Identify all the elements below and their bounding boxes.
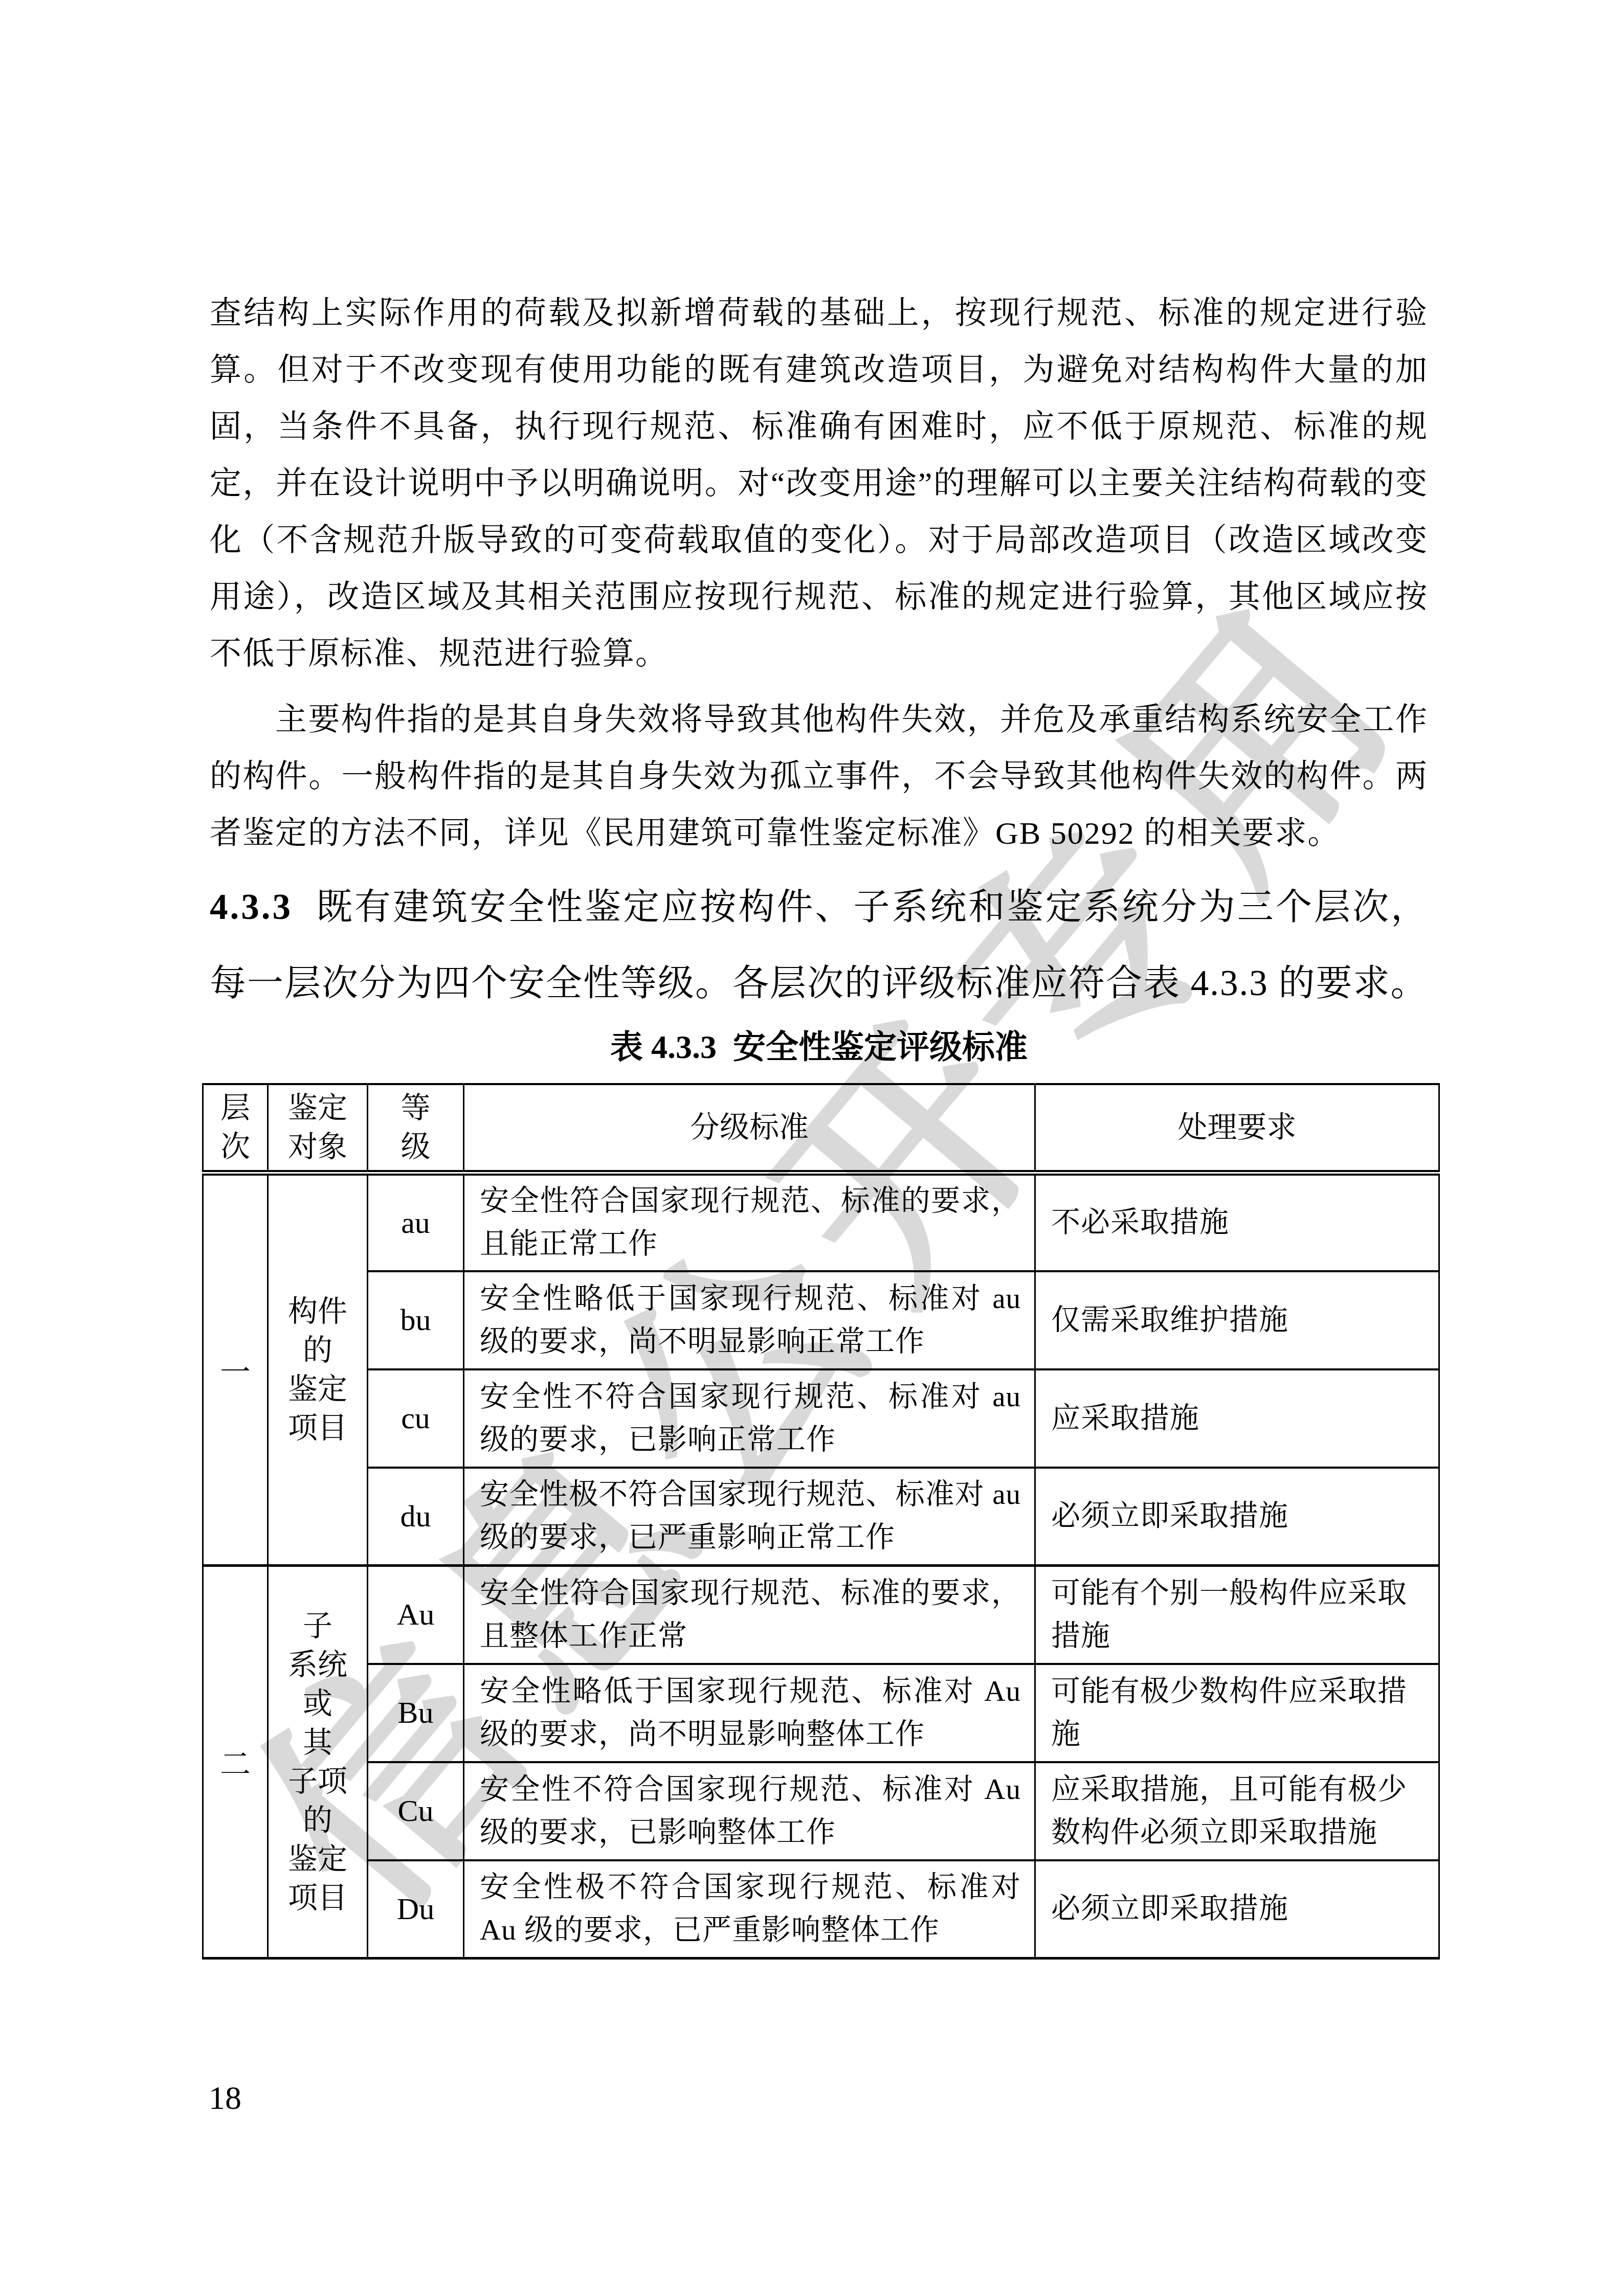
treatment-cell: 应采取措施 [1035, 1369, 1439, 1468]
grade-cell: Du [368, 1860, 464, 1959]
header-treatment: 处理要求 [1035, 1084, 1439, 1173]
grade-cell: Cu [368, 1762, 464, 1860]
treatment-cell: 仅需采取维护措施 [1035, 1271, 1439, 1369]
header-grade: 等级 [368, 1084, 464, 1173]
header-level-label: 层次 [219, 1089, 251, 1166]
table-row-cu: cu 安全性不符合国家现行规范、标准对 au 级的要求，已影响正常工作 应采取措… [203, 1369, 1439, 1468]
table-row-bu: bu 安全性略低于国家现行规范、标准对 au 级的要求，尚不明显影响正常工作 仅… [203, 1271, 1439, 1369]
table-header-row: 层次 鉴定对象 等级 分级标准 处理要求 [203, 1084, 1439, 1173]
header-object: 鉴定对象 [268, 1084, 368, 1173]
criteria-cell: 安全性符合国家现行规范、标准的要求，且整体工作正常 [464, 1566, 1035, 1664]
header-object-label: 鉴定对象 [285, 1089, 350, 1166]
clause-4-3-3: 4.3.3既有建筑安全性鉴定应按构件、子系统和鉴定系统分为三个层次，每一层次分为… [210, 869, 1428, 1022]
table-row-Du: Du 安全性极不符合国家现行规范、标准对 Au 级的要求，已严重影响整体工作 必… [203, 1860, 1439, 1959]
grade-cell: au [368, 1173, 464, 1271]
criteria-cell: 安全性略低于国家现行规范、标准对 Au 级的要求，尚不明显影响整体工作 [464, 1664, 1035, 1762]
clause-number: 4.3.3 [210, 887, 293, 927]
level-cell-1: 一 [203, 1173, 268, 1566]
safety-rating-table: 层次 鉴定对象 等级 分级标准 处理要求 一 构件 的 鉴定 项目 au 安全性… [202, 1083, 1440, 1960]
header-grade-label: 等级 [400, 1089, 432, 1166]
body-paragraph-2: 主要构件指的是其自身失效将导致其他构件失效，并危及承重结构系统安全工作的构件。一… [210, 692, 1428, 862]
body-paragraph-1: 查结构上实际作用的荷载及拟新增荷载的基础上，按现行规范、标准的规定进行验算。但对… [210, 285, 1428, 683]
criteria-cell: 安全性不符合国家现行规范、标准对 Au 级的要求，已影响整体工作 [464, 1762, 1035, 1860]
grade-cell: Bu [368, 1664, 464, 1762]
treatment-cell: 不必采取措施 [1035, 1173, 1439, 1271]
grade-cell: Au [368, 1566, 464, 1664]
table-row-Au: 二 子 系统 或 其 子项 的 鉴定 项目 Au 安全性符合国家现行规范、标准的… [203, 1566, 1439, 1664]
level-cell-2: 二 [203, 1566, 268, 1959]
grade-cell: du [368, 1468, 464, 1566]
grade-cell: cu [368, 1369, 464, 1468]
document-page: 信息公开专用 查结构上实际作用的荷载及拟新增荷载的基础上，按现行规范、标准的规定… [0, 0, 1624, 2296]
clause-text: 既有建筑安全性鉴定应按构件、子系统和鉴定系统分为三个层次，每一层次分为四个安全性… [210, 887, 1428, 1003]
criteria-cell: 安全性略低于国家现行规范、标准对 au 级的要求，尚不明显影响正常工作 [464, 1271, 1035, 1369]
criteria-cell: 安全性极不符合国家现行规范、标准对 au 级的要求，已严重影响正常工作 [464, 1468, 1035, 1566]
criteria-cell: 安全性极不符合国家现行规范、标准对 Au 级的要求，已严重影响整体工作 [464, 1860, 1035, 1959]
header-criteria: 分级标准 [464, 1084, 1035, 1173]
object-cell-1: 构件 的 鉴定 项目 [268, 1173, 368, 1566]
object-cell-2: 子 系统 或 其 子项 的 鉴定 项目 [268, 1566, 368, 1959]
criteria-cell: 安全性符合国家现行规范、标准的要求，且能正常工作 [464, 1173, 1035, 1271]
treatment-cell: 必须立即采取措施 [1035, 1468, 1439, 1566]
table-row-au: 一 构件 的 鉴定 项目 au 安全性符合国家现行规范、标准的要求，且能正常工作… [203, 1173, 1439, 1271]
treatment-cell: 应采取措施，且可能有极少数构件必须立即采取措施 [1035, 1762, 1439, 1860]
page-content: 查结构上实际作用的荷载及拟新增荷载的基础上，按现行规范、标准的规定进行验算。但对… [210, 285, 1428, 1960]
treatment-cell: 必须立即采取措施 [1035, 1860, 1439, 1959]
treatment-cell: 可能有个别一般构件应采取措施 [1035, 1566, 1439, 1664]
treatment-cell: 可能有极少数构件应采取措施 [1035, 1664, 1439, 1762]
criteria-cell: 安全性不符合国家现行规范、标准对 au 级的要求，已影响正常工作 [464, 1369, 1035, 1468]
table-title: 表 4.3.3 安全性鉴定评级标准 [210, 1026, 1428, 1069]
table-row-Cu: Cu 安全性不符合国家现行规范、标准对 Au 级的要求，已影响整体工作 应采取措… [203, 1762, 1439, 1860]
page-number: 18 [209, 2079, 241, 2117]
table-row-Bu: Bu 安全性略低于国家现行规范、标准对 Au 级的要求，尚不明显影响整体工作 可… [203, 1664, 1439, 1762]
header-level: 层次 [203, 1084, 268, 1173]
table-row-du: du 安全性极不符合国家现行规范、标准对 au 级的要求，已严重影响正常工作 必… [203, 1468, 1439, 1566]
grade-cell: bu [368, 1271, 464, 1369]
